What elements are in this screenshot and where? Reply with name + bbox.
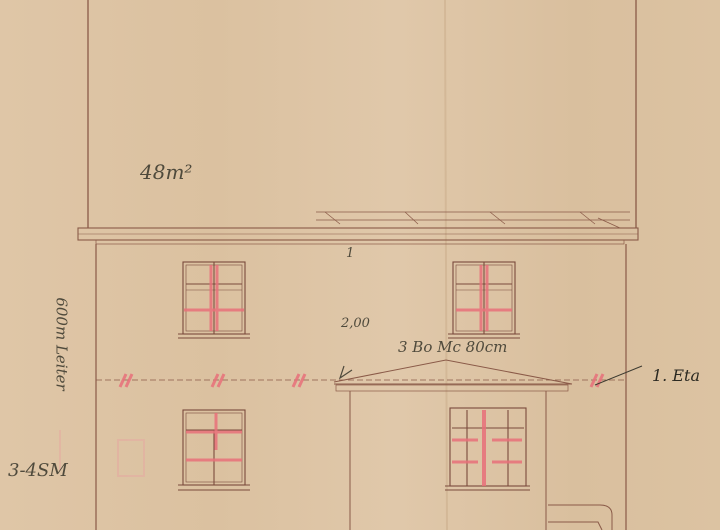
window-upper-left [178, 262, 250, 338]
dimension-note: 2,00 [341, 316, 370, 331]
area-note: 48m² [140, 160, 192, 184]
window-upper-right [448, 262, 520, 338]
height-note: 3-4SM [8, 460, 68, 481]
floor-label: 1. Eta [652, 366, 700, 385]
roof-marker: 1 [346, 246, 354, 261]
vertical-note: 600m Leiter [53, 297, 71, 390]
entrance-portico [334, 360, 612, 530]
cornice-note: 3 Bo Mc 80cm [398, 338, 507, 356]
upper-structure [88, 0, 636, 228]
elevation-drawing [0, 0, 720, 530]
window-lower-right [445, 408, 530, 490]
drawing-sheet: 48m² 1 2,00 3 Bo Mc 80cm 1. Eta 600m Lei… [0, 0, 720, 530]
roof-cornice [78, 212, 638, 244]
window-lower-left [178, 410, 250, 490]
